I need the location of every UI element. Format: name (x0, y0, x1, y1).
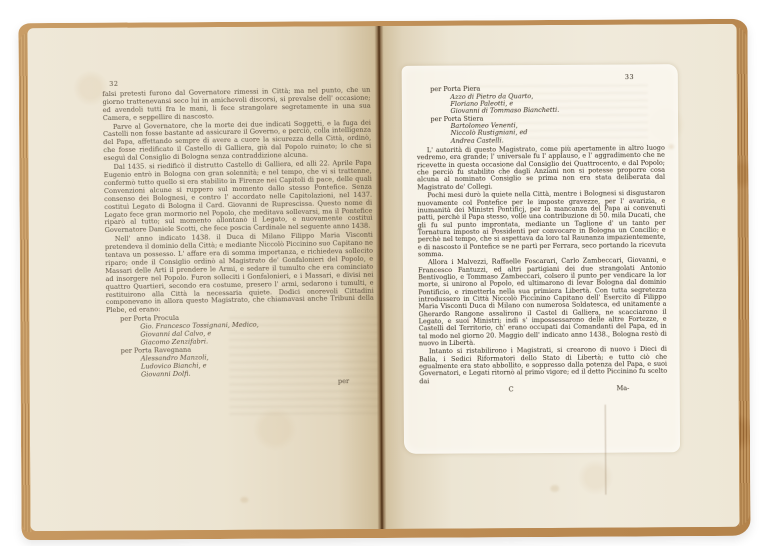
photo-of-open-book: 32 falsi pretesti furono dal Governatore… (0, 0, 768, 546)
catchword: Ma- (617, 385, 630, 392)
paragraph: Allora i Malvezzi, Raffaelle Foscarari, … (418, 257, 667, 348)
paragraph: Dal 1435. si riedificò il distrutto Cast… (104, 160, 373, 236)
right-page-number: 33 (416, 74, 664, 84)
signature-mark: C (509, 386, 514, 393)
tribunes-roster-right: per Porta Piera Azzo di Pietro da Quarto… (416, 84, 665, 145)
left-page-textblock: 32 falsi pretesti furono dal Governatore… (102, 77, 375, 391)
paragraph: Pochi mesi durò la quiete nella Città, m… (417, 190, 666, 259)
catchword: per (338, 378, 349, 386)
paragraph: Intanto si ristabilirono i Magistrati, s… (419, 346, 667, 385)
paragraph: L' autorità di questo Magistrato, come p… (417, 145, 665, 192)
foxing-spot (550, 485, 559, 492)
tribunes-roster-left: per Porta Procula Gio. Francesco Tossign… (106, 312, 375, 380)
foxing-spot (240, 497, 248, 503)
paragraph: Parve al Governatore, che la morte dei d… (103, 119, 372, 163)
right-page-textblock: 33 per Porta Piera Azzo di Pietro da Qua… (416, 74, 667, 397)
book: 32 falsi pretesti furono dal Governatore… (18, 19, 750, 540)
foxing-spot (668, 144, 674, 149)
paragraph: falsi pretesti furono dal Governatore ri… (102, 87, 370, 123)
page-spread: 32 falsi pretesti furono dal Governatore… (27, 24, 739, 531)
paragraph: Nell' anno indicato 1438. il Duca di Mil… (105, 232, 374, 315)
